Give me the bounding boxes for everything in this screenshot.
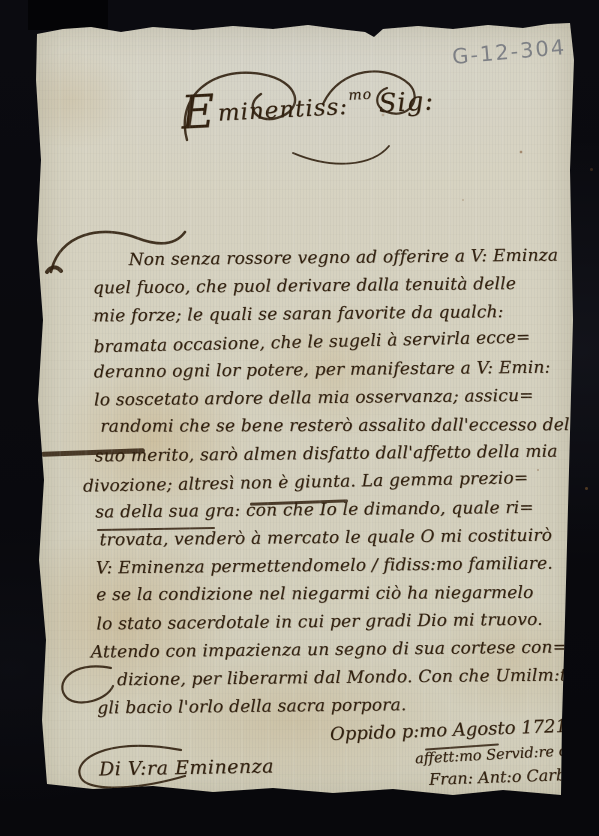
salutation-title: Sig: xyxy=(378,86,435,119)
salutation-initial: E xyxy=(180,84,217,140)
valediction: Di V:ra Eminenza xyxy=(99,755,274,780)
dateline: Oppido p:mo Agosto 1721 xyxy=(330,716,568,745)
letter-line: randomi che se bene resterò assalito dal… xyxy=(100,411,564,441)
dust-speck xyxy=(590,168,593,171)
letter-line: dizione, per liberarmi dal Mondo. Con ch… xyxy=(117,662,567,695)
letter-line: V: Eminenza permettendomelo / fidiss:mo … xyxy=(96,550,566,583)
letter-line: lo soscetato ardore della mia osservanza… xyxy=(94,382,564,415)
letter-salutation: Eminentiss:moSig: xyxy=(180,83,435,129)
letter-body: Non senza rossore vegno ad offerire a V:… xyxy=(93,242,568,723)
archive-number: G-12-304 xyxy=(451,35,567,69)
manuscript-photo: { "document": { "archive_mark": "G-12-30… xyxy=(0,0,599,836)
manuscript-sheet: G-12-304 Eminentiss:moSig: Non senza ros… xyxy=(33,20,578,802)
dust-speck xyxy=(585,487,588,490)
letter-line: e se la condizione nel niegarmi ciò ha n… xyxy=(96,579,566,609)
background-shadow-notch xyxy=(28,0,108,30)
salutation-word: minentiss: xyxy=(217,94,349,127)
salutation-superscript: mo xyxy=(348,87,373,104)
